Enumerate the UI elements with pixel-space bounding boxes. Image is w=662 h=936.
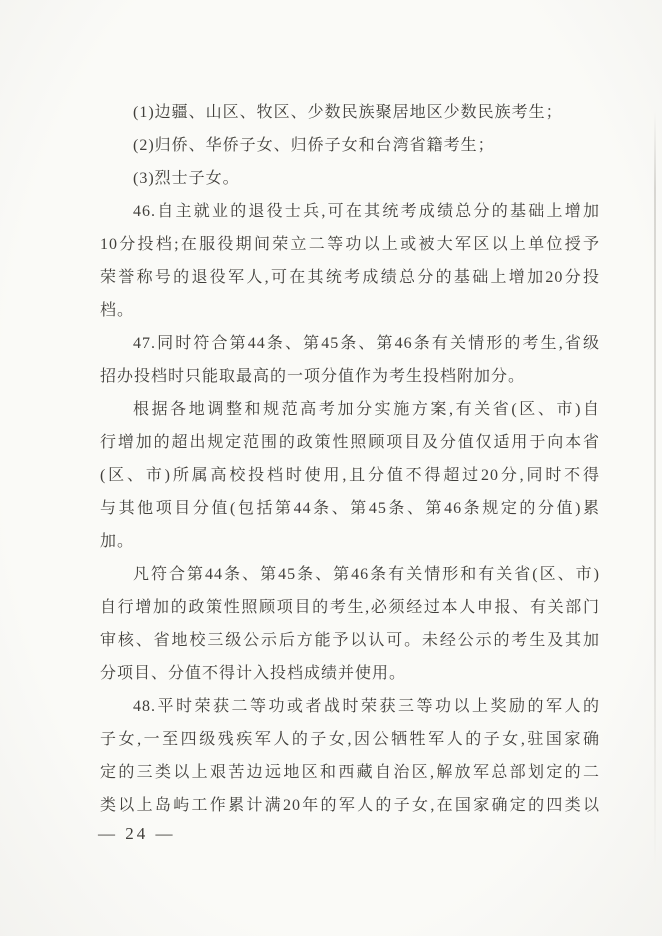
- text-line: 与其他项目分值(包括第44条、第45条、第46条规定的分值)累: [100, 492, 600, 525]
- article-48: 48.平时荣获二等功或者战时荣获三等功以上奖励的军人的子女,一至四级残疾军人的子…: [100, 690, 600, 822]
- document-page: (1)边疆、山区、牧区、少数民族聚居地区少数民族考生；(2)归侨、华侨子女、归侨…: [0, 0, 662, 936]
- page-edge-line: [654, 112, 656, 870]
- text-line: 行增加的超出规定范围的政策性照顾项目及分值仅适用于向本省: [100, 426, 600, 459]
- text-line: 47.同时符合第44条、第45条、第46条有关情形的考生,省级: [100, 327, 600, 360]
- text-line: 自行增加的政策性照顾项目的考生,必须经过本人申报、有关部门: [100, 591, 600, 624]
- text-line: (2)归侨、华侨子女、归侨子女和台湾省籍考生；: [100, 129, 600, 162]
- text-line: 根据各地调整和规范高考加分实施方案,有关省(区、市)自: [100, 393, 600, 426]
- text-line: 48.平时荣获二等功或者战时荣获三等功以上奖励的军人的: [100, 690, 600, 723]
- document-body: (1)边疆、山区、牧区、少数民族聚居地区少数民族考生；(2)归侨、华侨子女、归侨…: [100, 96, 600, 822]
- text-line: 审核、省地校三级公示后方能予以认可。未经公示的考生及其加: [100, 624, 600, 657]
- paragraph-publicity-requirement: 凡符合第44条、第45条、第46条有关情形和有关省(区、市)自行增加的政策性照顾…: [100, 558, 600, 690]
- page-number: — 24 —: [98, 824, 176, 844]
- list-item-1: (1)边疆、山区、牧区、少数民族聚居地区少数民族考生；: [100, 96, 600, 129]
- text-line: 招办投档时只能取最高的一项分值作为考生投档附加分。: [100, 360, 600, 393]
- text-line: (3)烈士子女。: [100, 162, 600, 195]
- text-line: 定的三类以上艰苦边远地区和西藏自治区,解放军总部划定的二: [100, 756, 600, 789]
- paragraph-provincial-adjustment: 根据各地调整和规范高考加分实施方案,有关省(区、市)自行增加的超出规定范围的政策…: [100, 393, 600, 558]
- text-line: 荣誉称号的退役军人,可在其统考成绩总分的基础上增加20分投: [100, 261, 600, 294]
- text-line: 46.自主就业的退役士兵,可在其统考成绩总分的基础上增加: [100, 195, 600, 228]
- text-line: (区、市)所属高校投档时使用,且分值不得超过20分,同时不得: [100, 459, 600, 492]
- text-line: 分项目、分值不得计入投档成绩并使用。: [100, 657, 600, 690]
- text-line: (1)边疆、山区、牧区、少数民族聚居地区少数民族考生；: [100, 96, 600, 129]
- text-line: 10分投档;在服役期间荣立二等功以上或被大军区以上单位授予: [100, 228, 600, 261]
- list-item-3: (3)烈士子女。: [100, 162, 600, 195]
- text-line: 加。: [100, 525, 600, 558]
- article-46: 46.自主就业的退役士兵,可在其统考成绩总分的基础上增加10分投档;在服役期间荣…: [100, 195, 600, 327]
- text-line: 子女,一至四级残疾军人的子女,因公牺牲军人的子女,驻国家确: [100, 723, 600, 756]
- text-line: 档。: [100, 294, 600, 327]
- text-line: 凡符合第44条、第45条、第46条有关情形和有关省(区、市): [100, 558, 600, 591]
- list-item-2: (2)归侨、华侨子女、归侨子女和台湾省籍考生；: [100, 129, 600, 162]
- text-line: 类以上岛屿工作累计满20年的军人的子女,在国家确定的四类以: [100, 789, 600, 822]
- article-47: 47.同时符合第44条、第45条、第46条有关情形的考生,省级招办投档时只能取最…: [100, 327, 600, 393]
